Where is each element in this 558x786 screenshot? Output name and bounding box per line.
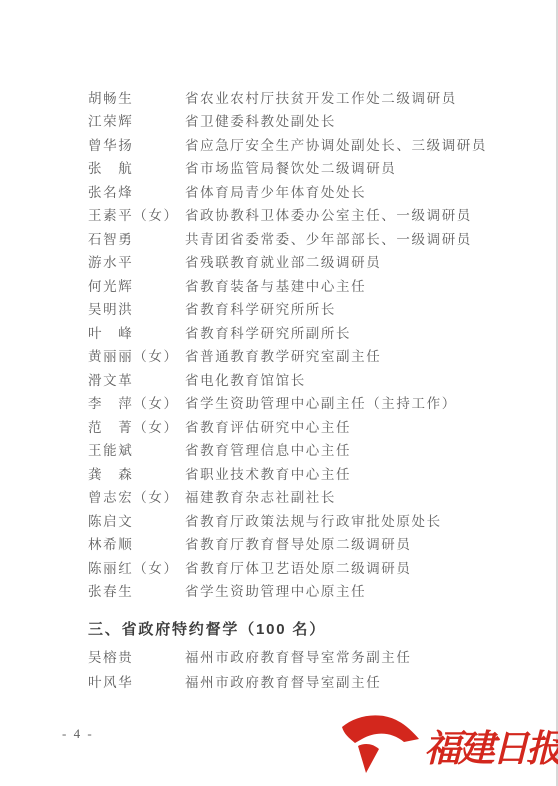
logo-graphic: 福建日报 [336, 708, 558, 780]
person-title: 省教育厅教育督导处原二级调研员 [185, 533, 530, 553]
roster-row: 滑文革 省电化教育馆馆长 [88, 367, 530, 391]
person-name: 范 菁（女） [88, 416, 185, 436]
roster-row: 龚 森 省职业技术教育中心主任 [88, 461, 530, 485]
person-title: 省教育管理信息中心主任 [185, 439, 530, 459]
person-name: 叶风华 [88, 671, 185, 691]
roster-row: 王素平（女） 省政协教科卫体委办公室主任、一级调研员 [88, 203, 530, 227]
roster-row: 张春生 省学生资助管理中心原主任 [88, 579, 530, 603]
person-name: 黄丽丽（女） [88, 345, 185, 365]
person-title: 省教育厅政策法规与行政审批处原处长 [185, 510, 530, 530]
person-title: 省教育装备与基建中心主任 [185, 275, 530, 295]
roster-row: 叶风华 福州市政府教育督导室副主任 [88, 669, 530, 695]
person-title: 福州市政府教育督导室常务副主任 [185, 646, 530, 666]
person-name: 王素平（女） [88, 204, 185, 224]
person-title: 省残联教育就业部二级调研员 [185, 251, 530, 271]
person-name: 何光辉 [88, 275, 185, 295]
person-title: 省学生资助管理中心副主任（主持工作） [185, 392, 530, 412]
person-name: 林希顺 [88, 533, 185, 553]
roster-row: 游水平 省残联教育就业部二级调研员 [88, 250, 530, 274]
logo-swoosh-icon [342, 715, 419, 743]
roster-row: 何光辉 省教育装备与基建中心主任 [88, 273, 530, 297]
person-name: 石智勇 [88, 228, 185, 248]
person-name: 吴榕贵 [88, 646, 185, 666]
person-title: 省农业农村厅扶贫开发工作处二级调研员 [185, 87, 530, 107]
person-title: 省教育评估研究中心主任 [185, 416, 530, 436]
person-title: 省职业技术教育中心主任 [185, 463, 530, 483]
section-heading: 三、省政府特约督学（100 名） [88, 616, 530, 643]
person-title: 省电化教育馆馆长 [185, 369, 530, 389]
roster-row: 叶 峰 省教育科学研究所副所长 [88, 320, 530, 344]
person-name: 陈丽红（女） [88, 557, 185, 577]
logo-swoosh-triangle-icon [358, 744, 379, 773]
roster-row: 黄丽丽（女） 省普通教育教学研究室副主任 [88, 344, 530, 368]
person-name: 李 萍（女） [88, 392, 185, 412]
person-name: 张名烽 [88, 181, 185, 201]
person-title: 省普通教育教学研究室副主任 [185, 345, 530, 365]
person-name: 张 航 [88, 157, 185, 177]
roster-row: 陈丽红（女） 省教育厅体卫艺语处原二级调研员 [88, 555, 530, 579]
roster-row: 范 菁（女） 省教育评估研究中心主任 [88, 414, 530, 438]
roster-row: 曾华扬 省应急厅安全生产协调处副处长、三级调研员 [88, 132, 530, 156]
person-title: 省体育局青少年体育处处长 [185, 181, 530, 201]
person-name: 曾志宏（女） [88, 486, 185, 506]
person-name: 胡畅生 [88, 87, 185, 107]
roster-row: 张名烽 省体育局青少年体育处处长 [88, 179, 530, 203]
roster-row: 王能斌 省教育管理信息中心主任 [88, 438, 530, 462]
person-name: 曾华扬 [88, 134, 185, 154]
person-title: 省应急厅安全生产协调处副处长、三级调研员 [185, 134, 530, 154]
person-title: 省市场监管局餐饮处二级调研员 [185, 157, 530, 177]
person-name: 吴明洪 [88, 298, 185, 318]
page-number: - 4 - [62, 726, 94, 742]
person-name: 江荣辉 [88, 110, 185, 130]
logo-text: 福建日报 [424, 729, 558, 770]
roster-row: 林希顺 省教育厅教育督导处原二级调研员 [88, 532, 530, 556]
person-title: 共青团省委常委、少年部部长、一级调研员 [185, 228, 530, 248]
person-title: 福建教育杂志社副社长 [185, 486, 530, 506]
person-title: 省教育科学研究所副所长 [185, 322, 530, 342]
roster-row: 胡畅生 省农业农村厅扶贫开发工作处二级调研员 [88, 85, 530, 109]
person-name: 陈启文 [88, 510, 185, 530]
person-name: 滑文革 [88, 369, 185, 389]
fujian-daily-logo: 福建日报 [336, 708, 558, 780]
roster-row: 张 航 省市场监管局餐饮处二级调研员 [88, 156, 530, 180]
person-title: 省学生资助管理中心原主任 [185, 580, 530, 600]
person-name: 龚 森 [88, 463, 185, 483]
person-title: 省卫健委科教处副处长 [185, 110, 530, 130]
person-name: 游水平 [88, 251, 185, 271]
roster-row: 石智勇 共青团省委常委、少年部部长、一级调研员 [88, 226, 530, 250]
roster-row: 曾志宏（女） 福建教育杂志社副社长 [88, 485, 530, 509]
person-name: 张春生 [88, 580, 185, 600]
person-name: 王能斌 [88, 439, 185, 459]
person-title: 省教育科学研究所所长 [185, 298, 530, 318]
roster-row: 陈启文 省教育厅政策法规与行政审批处原处长 [88, 508, 530, 532]
person-title: 省教育厅体卫艺语处原二级调研员 [185, 557, 530, 577]
person-title: 省政协教科卫体委办公室主任、一级调研员 [185, 204, 530, 224]
person-name: 叶 峰 [88, 322, 185, 342]
roster-row: 李 萍（女） 省学生资助管理中心副主任（主持工作） [88, 391, 530, 415]
roster-row: 江荣辉 省卫健委科教处副处长 [88, 109, 530, 133]
roster-row: 吴明洪 省教育科学研究所所长 [88, 297, 530, 321]
document-body: 胡畅生 省农业农村厅扶贫开发工作处二级调研员 江荣辉 省卫健委科教处副处长 曾华… [88, 85, 530, 694]
roster-row: 吴榕贵 福州市政府教育督导室常务副主任 [88, 643, 530, 669]
person-title: 福州市政府教育督导室副主任 [185, 671, 530, 691]
